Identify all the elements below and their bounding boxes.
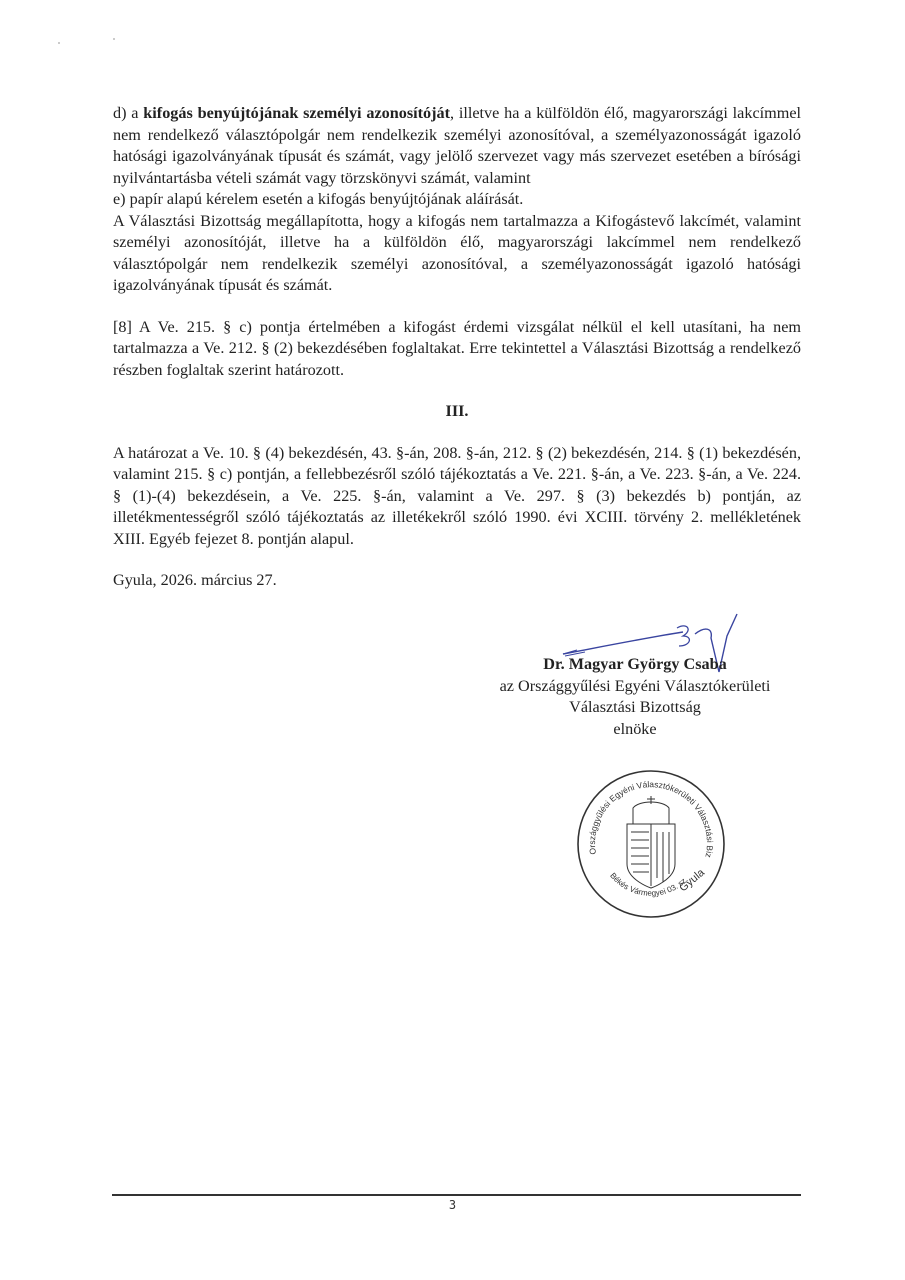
official-stamp-icon: Országgyűlési Egyéni Választókerületi Vá… [575, 768, 727, 920]
paragraph-8: [8] A Ve. 215. § c) pontja értelmében a … [113, 317, 801, 382]
paragraph-finding: A Választási Bizottság megállapította, h… [113, 211, 801, 297]
section-heading: III. [113, 401, 801, 423]
signatory-title-line1: az Országgyűlési Egyéni Választókerületi [470, 676, 800, 698]
page-number: 3 [0, 1198, 905, 1212]
paragraph-d-prefix: d) a [113, 104, 143, 122]
paragraph-e: e) papír alapú kérelem esetén a kifogás … [113, 189, 801, 211]
document-body: d) a kifogás benyújtójának személyi azon… [113, 103, 801, 592]
place-date: Gyula, 2026. március 27. [113, 570, 801, 592]
signature-block: Dr. Magyar György Csaba az Országgyűlési… [470, 654, 800, 740]
signatory-title-line3: elnöke [470, 719, 800, 741]
signatory-title-line2: Választási Bizottság [470, 697, 800, 719]
svg-text:Országgyűlési Egyéni Választók: Országgyűlési Egyéni Választókerületi Vá… [575, 768, 715, 859]
paragraph-d-bold: kifogás benyújtójának személyi azonosító… [143, 104, 450, 122]
footer-divider [112, 1194, 801, 1196]
paragraph-d: d) a kifogás benyújtójának személyi azon… [113, 103, 801, 189]
paragraph-legal-basis: A határozat a Ve. 10. § (4) bekezdésén, … [113, 443, 801, 551]
signatory-name: Dr. Magyar György Csaba [470, 654, 800, 676]
svg-text:Gyula: Gyula [677, 866, 707, 894]
scan-speck [58, 42, 60, 44]
scan-speck [113, 38, 115, 40]
